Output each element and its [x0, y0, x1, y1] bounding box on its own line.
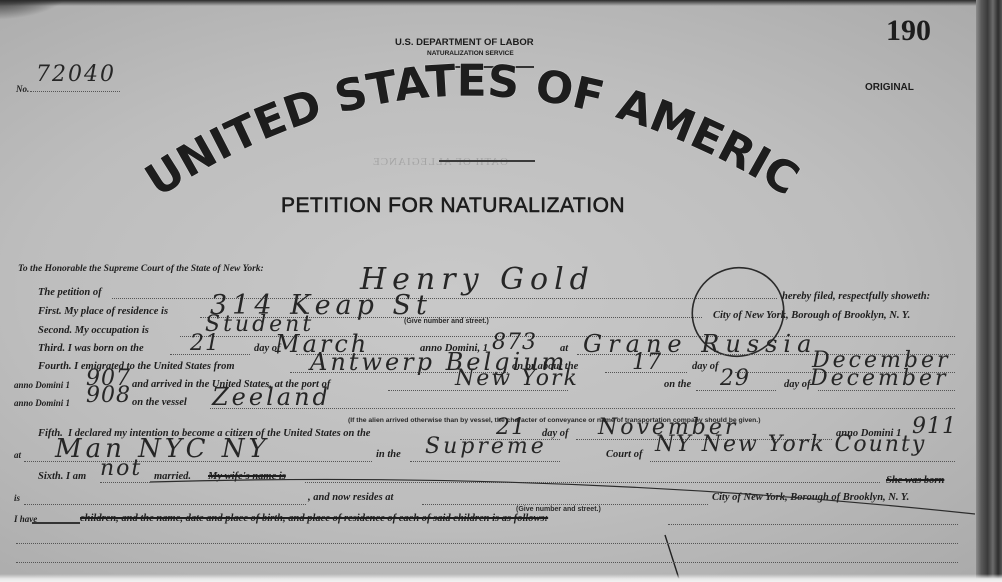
scan-bottom-edge [0, 574, 1002, 582]
naturalization-petition-page: No. 72040 U.S. DEPARTMENT OF LABOR NATUR… [0, 0, 1002, 582]
children-line-3 [16, 562, 958, 563]
pen-strokes [0, 0, 1002, 582]
children-line-2 [16, 543, 958, 544]
book-binding [976, 0, 1002, 582]
children-count-strike [32, 522, 80, 524]
children-line-1 [668, 524, 958, 525]
children-text: children, and the name, date and place o… [80, 513, 548, 524]
